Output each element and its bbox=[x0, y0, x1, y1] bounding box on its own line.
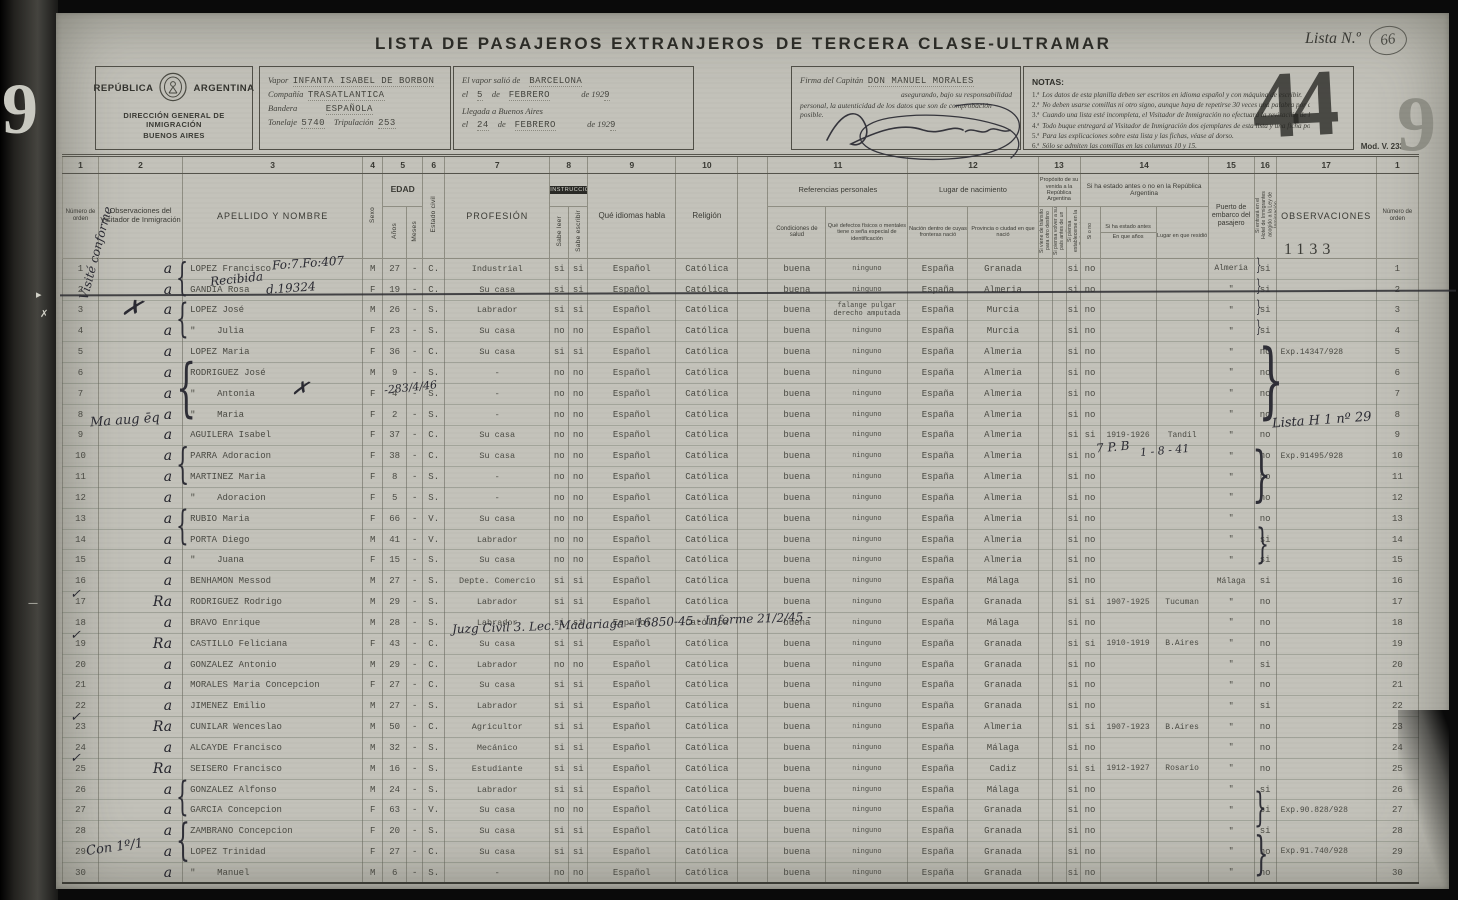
cell-meses: - bbox=[407, 258, 423, 279]
cell-sexo: M bbox=[363, 758, 383, 779]
cell-salud: buena bbox=[768, 696, 826, 717]
passenger-row-13: 13aRUBIO MariaF66-V.Su casanonoEspañolCa… bbox=[63, 508, 1419, 529]
cell-esc: si bbox=[569, 821, 588, 842]
note-number: 3.ª bbox=[1032, 111, 1039, 119]
cell-antes: si bbox=[1080, 592, 1100, 613]
voyage-box: El vapor salió de BARCELONA el 5 de FEBR… bbox=[453, 66, 694, 150]
cell-idioma: Español bbox=[588, 446, 676, 467]
cell-obs bbox=[1276, 862, 1376, 883]
cell-num2: 20 bbox=[1376, 654, 1418, 675]
cell-esc: no bbox=[569, 550, 588, 571]
cell-sp bbox=[738, 654, 768, 675]
col-num: 17 bbox=[1276, 156, 1376, 174]
cell-prov: Murcia bbox=[968, 321, 1038, 342]
cell-anios bbox=[1100, 363, 1156, 384]
cell-p1 bbox=[1038, 821, 1052, 842]
cell-defectos: ninguno bbox=[826, 842, 908, 863]
cell-p3: si bbox=[1066, 550, 1080, 571]
col-num: 8 bbox=[550, 156, 588, 174]
cell-defectos: ninguno bbox=[826, 779, 908, 800]
cell-nacion: España bbox=[908, 550, 968, 571]
cell-lugar bbox=[1156, 488, 1208, 509]
passenger-row-2: 2aGANDIA RosaF19-C.Su casasisiEspañolCat… bbox=[63, 279, 1419, 300]
cell-prov: Granada bbox=[968, 842, 1038, 863]
cell-prof: Su casa bbox=[445, 633, 550, 654]
cell-anios bbox=[1100, 550, 1156, 571]
cell-p1 bbox=[1038, 258, 1052, 279]
cell-vis: a bbox=[99, 862, 183, 883]
cell-lee: si bbox=[550, 342, 569, 363]
lista-number-label: Lista N.º bbox=[1305, 30, 1361, 48]
cell-anos: 2 bbox=[383, 404, 407, 425]
cell-lugar bbox=[1156, 404, 1208, 425]
cell-idioma: Español bbox=[588, 467, 676, 488]
cell-anos: 29 bbox=[383, 592, 407, 613]
passenger-row-23: 23RaCUNILAR WenceslaoM50-C.Agricultorsis… bbox=[63, 717, 1419, 738]
cell-idioma: Español bbox=[588, 862, 676, 883]
col-num: 2 bbox=[99, 156, 183, 174]
passenger-row-29: 29aLOPEZ TrinidadF27-C.Su casasisiEspaño… bbox=[63, 842, 1419, 863]
el-label: el bbox=[462, 89, 468, 99]
cell-religion: Católica bbox=[676, 508, 738, 529]
cell-p1 bbox=[1038, 467, 1052, 488]
cell-defectos: ninguno bbox=[826, 383, 908, 404]
cell-prov: Almeria bbox=[968, 425, 1038, 446]
cell-name: " Antonia bbox=[183, 383, 363, 404]
cell-obs bbox=[1276, 300, 1376, 321]
cell-salud: buena bbox=[768, 758, 826, 779]
cell-sexo: F bbox=[363, 342, 383, 363]
scanned-ledger-photo: 9 LISTA DE PASAJEROS EXTRANJEROS DE TERC… bbox=[0, 0, 1458, 900]
cell-sexo: M bbox=[363, 363, 383, 384]
lista-number-value: 66 bbox=[1367, 23, 1409, 57]
cell-religion: Católica bbox=[676, 612, 738, 633]
cell-puerto: " bbox=[1208, 321, 1254, 342]
cell-antes: no bbox=[1080, 571, 1100, 592]
cell-num2: 8 bbox=[1376, 404, 1418, 425]
cell-anos: 27 bbox=[383, 571, 407, 592]
cell-civil: S. bbox=[423, 300, 445, 321]
cell-meses: - bbox=[407, 821, 423, 842]
cell-defectos: ninguno bbox=[826, 321, 908, 342]
cell-antes: si bbox=[1080, 633, 1100, 654]
cell-religion: Católica bbox=[676, 571, 738, 592]
cell-salud: buena bbox=[768, 258, 826, 279]
cell-antes: no bbox=[1080, 842, 1100, 863]
cell-num2: 27 bbox=[1376, 800, 1418, 821]
cell-puerto: " bbox=[1208, 342, 1254, 363]
cell-idioma: Español bbox=[588, 654, 676, 675]
cell-p2 bbox=[1052, 446, 1066, 467]
cell-vis: a bbox=[99, 300, 183, 321]
col-num: 10 bbox=[676, 156, 738, 174]
cell-prof: Su casa bbox=[445, 675, 550, 696]
cell-lugar bbox=[1156, 529, 1208, 550]
cell-lee: no bbox=[550, 425, 569, 446]
cell-prof: Su casa bbox=[445, 842, 550, 863]
cell-p3: si bbox=[1066, 696, 1080, 717]
cell-puerto: " bbox=[1208, 467, 1254, 488]
cell-salud: buena bbox=[768, 612, 826, 633]
cell-lee: no bbox=[550, 800, 569, 821]
cell-meses: - bbox=[407, 612, 423, 633]
cell-name: CASTILLO Feliciana bbox=[183, 633, 363, 654]
cell-nacion: España bbox=[908, 363, 968, 384]
cell-lugar bbox=[1156, 550, 1208, 571]
cell-name: PARRA Adoracion bbox=[183, 446, 363, 467]
cell-religion: Católica bbox=[676, 300, 738, 321]
cell-puerto: " bbox=[1208, 404, 1254, 425]
cell-vis: a bbox=[99, 675, 183, 696]
cell-prov: Almeria bbox=[968, 383, 1038, 404]
cell-p2 bbox=[1052, 467, 1066, 488]
cell-hotel: no bbox=[1254, 425, 1276, 446]
cell-lugar bbox=[1156, 675, 1208, 696]
cell-nacion: España bbox=[908, 821, 968, 842]
page-number-left: 9 bbox=[2, 68, 38, 151]
cell-antes: no bbox=[1080, 258, 1100, 279]
cell-sp bbox=[738, 488, 768, 509]
cell-antes: no bbox=[1080, 321, 1100, 342]
cell-obs bbox=[1276, 779, 1376, 800]
cell-esc: no bbox=[569, 800, 588, 821]
cell-hotel: si bbox=[1254, 321, 1276, 342]
cell-esc: no bbox=[569, 363, 588, 384]
cell-anos: 66 bbox=[383, 508, 407, 529]
col-header-lugar-nacimiento: Lugar de nacimiento bbox=[908, 174, 1038, 207]
cell-nacion: España bbox=[908, 383, 968, 404]
passenger-row-3: 3aLOPEZ JoséM26-S.LabradorsisiEspañolCat… bbox=[63, 300, 1419, 321]
cell-prof: Industrial bbox=[445, 258, 550, 279]
cell-lee: si bbox=[550, 279, 569, 300]
cell-meses: - bbox=[407, 404, 423, 425]
cell-meses: - bbox=[407, 842, 423, 863]
cell-hotel: si bbox=[1254, 821, 1276, 842]
passenger-row-20: 20aGONZALEZ AntonioM29-C.LabradornonoEsp… bbox=[63, 654, 1419, 675]
cell-religion: Católica bbox=[676, 654, 738, 675]
cell-vis: a bbox=[99, 383, 183, 404]
cell-p2 bbox=[1052, 550, 1066, 571]
cell-num: 26 bbox=[63, 779, 99, 800]
col-header-observaciones-visitador: Observaciones del Visitador de Inmigraci… bbox=[99, 174, 183, 259]
cell-sexo: M bbox=[363, 300, 383, 321]
cell-num2: 22 bbox=[1376, 696, 1418, 717]
cell-salud: buena bbox=[768, 717, 826, 738]
cell-religion: Católica bbox=[676, 800, 738, 821]
passenger-row-1: 1aLOPEZ FranciscoM27-C.IndustrialsisiEsp… bbox=[63, 258, 1419, 279]
passenger-row-5: 5aLOPEZ MariaF36-C.Su casasisiEspañolCat… bbox=[63, 342, 1419, 363]
note-number: 1.ª bbox=[1032, 91, 1039, 99]
cell-obs bbox=[1276, 592, 1376, 613]
arrival-day: 24 bbox=[477, 120, 489, 131]
cell-civil: V. bbox=[423, 529, 445, 550]
cell-hotel: no bbox=[1254, 383, 1276, 404]
cell-prov: Granada bbox=[968, 633, 1038, 654]
cell-name: RUBIO Maria bbox=[183, 508, 363, 529]
cell-vis: Ra bbox=[99, 717, 183, 738]
cell-hotel: si bbox=[1254, 550, 1276, 571]
ship-vapor-label: Vapor bbox=[268, 75, 288, 85]
cell-sexo: M bbox=[363, 717, 383, 738]
cell-antes: no bbox=[1080, 363, 1100, 384]
cell-sexo: M bbox=[363, 862, 383, 883]
cell-vis: a bbox=[99, 321, 183, 342]
cell-civil: C. bbox=[423, 342, 445, 363]
passenger-row-21: 21aMORALES Maria ConcepcionF27-C.Su casa… bbox=[63, 675, 1419, 696]
cell-prov: Murcia bbox=[968, 300, 1038, 321]
cell-salud: buena bbox=[768, 383, 826, 404]
cell-p2 bbox=[1052, 258, 1066, 279]
cell-prov: Granada bbox=[968, 800, 1038, 821]
cell-p3: si bbox=[1066, 633, 1080, 654]
cell-obs bbox=[1276, 821, 1376, 842]
cell-p3: si bbox=[1066, 675, 1080, 696]
cell-num: 15 bbox=[63, 550, 99, 571]
cell-idioma: Español bbox=[588, 550, 676, 571]
col-num: 11 bbox=[768, 156, 908, 174]
cell-puerto: " bbox=[1208, 488, 1254, 509]
cell-defectos: ninguno bbox=[826, 425, 908, 446]
col-header-referencias: Referencias personales bbox=[768, 174, 908, 207]
col-num: 13 bbox=[1038, 156, 1080, 174]
cell-sexo: M bbox=[363, 654, 383, 675]
cell-name: RODRIGUEZ Rodrigo bbox=[183, 592, 363, 613]
cell-p2 bbox=[1052, 654, 1066, 675]
cell-meses: - bbox=[407, 571, 423, 592]
cell-prof: Labrador bbox=[445, 592, 550, 613]
cell-anos: 24 bbox=[383, 779, 407, 800]
cell-hotel: no bbox=[1254, 862, 1276, 883]
cell-prov: Granada bbox=[968, 821, 1038, 842]
cell-lee: si bbox=[550, 842, 569, 863]
cell-esc: no bbox=[569, 467, 588, 488]
col-header-religion: Religión bbox=[676, 174, 738, 259]
cell-lee: si bbox=[550, 592, 569, 613]
cell-name: GANDIA Rosa bbox=[183, 279, 363, 300]
cell-idioma: Español bbox=[588, 842, 676, 863]
cell-sp bbox=[738, 779, 768, 800]
col-header-provincia: Provincia o ciudad en que nació bbox=[968, 207, 1038, 259]
cell-num2: 6 bbox=[1376, 363, 1418, 384]
cell-p1 bbox=[1038, 675, 1052, 696]
cell-salud: buena bbox=[768, 321, 826, 342]
cell-civil: V. bbox=[423, 508, 445, 529]
cell-p1 bbox=[1038, 446, 1052, 467]
cell-anios bbox=[1100, 383, 1156, 404]
cell-num: 30 bbox=[63, 862, 99, 883]
cell-lugar bbox=[1156, 571, 1208, 592]
column-number-row: 1 2 3 4 5 6 7 8 9 10 11 12 13 14 15 16 bbox=[63, 156, 1419, 174]
cell-num2: 7 bbox=[1376, 383, 1418, 404]
col-header-nacion: Nación dentro de cuyas fronteras nació bbox=[908, 207, 968, 259]
cell-nacion: España bbox=[908, 404, 968, 425]
col-num: 5 bbox=[383, 156, 423, 174]
cell-vis: a bbox=[99, 842, 183, 863]
cell-p3: si bbox=[1066, 758, 1080, 779]
cell-religion: Católica bbox=[676, 363, 738, 384]
cell-p3: si bbox=[1066, 446, 1080, 467]
cell-p1 bbox=[1038, 279, 1052, 300]
cell-defectos: ninguno bbox=[826, 737, 908, 758]
cell-anios bbox=[1100, 842, 1156, 863]
col-num: 4 bbox=[363, 156, 383, 174]
cell-name: GONZALEZ Alfonso bbox=[183, 779, 363, 800]
cell-name: " Maria bbox=[183, 404, 363, 425]
cell-antes: no bbox=[1080, 342, 1100, 363]
cell-civil: S. bbox=[423, 612, 445, 633]
col-header-transito: Si viene de tránsito para otro destino bbox=[1038, 207, 1052, 259]
passenger-row-11: 11aMARTINEZ MariaF8-S.-nonoEspañolCatóli… bbox=[63, 467, 1419, 488]
cell-obs: Exp.14347/928 bbox=[1276, 342, 1376, 363]
cell-nacion: España bbox=[908, 321, 968, 342]
cell-defectos: ninguno bbox=[826, 446, 908, 467]
cell-p3: si bbox=[1066, 779, 1080, 800]
passenger-row-15: 15a" JuanaF15-S.Su casanonoEspañolCatóli… bbox=[63, 550, 1419, 571]
cell-religion: Católica bbox=[676, 550, 738, 571]
cell-nacion: España bbox=[908, 612, 968, 633]
cell-lugar bbox=[1156, 800, 1208, 821]
cell-esc: no bbox=[569, 488, 588, 509]
cell-salud: buena bbox=[768, 842, 826, 863]
cell-religion: Católica bbox=[676, 696, 738, 717]
col-header-sabe-escribir: Sabe escribir bbox=[569, 207, 588, 259]
cell-defectos: ninguno bbox=[826, 592, 908, 613]
cell-puerto: " bbox=[1208, 800, 1254, 821]
cell-antes: no bbox=[1080, 529, 1100, 550]
cell-p1 bbox=[1038, 488, 1052, 509]
cell-lugar: B.Aires bbox=[1156, 633, 1208, 654]
cell-num2: 29 bbox=[1376, 842, 1418, 863]
cell-vis: a bbox=[99, 612, 183, 633]
cell-defectos: ninguno bbox=[826, 258, 908, 279]
cell-esc: si bbox=[569, 758, 588, 779]
cell-num: 21 bbox=[63, 675, 99, 696]
cell-obs: Exp.90.828/928 bbox=[1276, 800, 1376, 821]
cell-p1 bbox=[1038, 425, 1052, 446]
cell-p3: si bbox=[1066, 488, 1080, 509]
cell-defectos: ninguno bbox=[826, 467, 908, 488]
cell-anios bbox=[1100, 467, 1156, 488]
cell-salud: buena bbox=[768, 654, 826, 675]
cell-idioma: Español bbox=[588, 612, 676, 633]
cell-hotel: si bbox=[1254, 696, 1276, 717]
col-header-numero-orden-right: Número de orden bbox=[1376, 174, 1418, 259]
col-num: 15 bbox=[1208, 156, 1254, 174]
cell-esc: si bbox=[569, 592, 588, 613]
cell-civil: C. bbox=[423, 654, 445, 675]
cell-sp bbox=[738, 404, 768, 425]
cell-sp bbox=[738, 758, 768, 779]
cell-vis: a bbox=[99, 508, 183, 529]
cell-vis: a bbox=[99, 737, 183, 758]
cell-anos: 27 bbox=[383, 842, 407, 863]
cell-sexo: F bbox=[363, 446, 383, 467]
cell-anios bbox=[1100, 508, 1156, 529]
notes-title: NOTAS: bbox=[1032, 77, 1064, 87]
cell-religion: Católica bbox=[676, 446, 738, 467]
cell-civil: C. bbox=[423, 446, 445, 467]
cell-antes: no bbox=[1080, 654, 1100, 675]
cell-lugar bbox=[1156, 654, 1208, 675]
cell-num: 3 bbox=[63, 300, 99, 321]
cell-lugar bbox=[1156, 363, 1208, 384]
cell-p2 bbox=[1052, 633, 1066, 654]
cell-religion: Católica bbox=[676, 821, 738, 842]
cell-num: 20 bbox=[63, 654, 99, 675]
cell-anos: 29 bbox=[383, 654, 407, 675]
cell-civil: S. bbox=[423, 737, 445, 758]
argentina-seal-icon bbox=[158, 72, 188, 105]
org-name-right: ARGENTINA bbox=[193, 83, 254, 94]
cell-num2: 28 bbox=[1376, 821, 1418, 842]
cell-lugar bbox=[1156, 258, 1208, 279]
cell-num: 25 bbox=[63, 758, 99, 779]
cell-idioma: Español bbox=[588, 508, 676, 529]
cell-prof: Labrador bbox=[445, 654, 550, 675]
cell-num: 5 bbox=[63, 342, 99, 363]
ship-crew-label: Tripulación bbox=[334, 117, 374, 127]
cell-antes: no bbox=[1080, 488, 1100, 509]
de-label-2: de bbox=[498, 119, 506, 129]
cell-puerto: " bbox=[1208, 425, 1254, 446]
col-header-condiciones-salud: Condiciones de salud bbox=[768, 207, 826, 259]
cell-name: MORALES Maria Concepcion bbox=[183, 675, 363, 696]
passenger-row-8: 8a" MariaF2-S.-nonoEspañolCatólicabuenan… bbox=[63, 404, 1419, 425]
cell-p1 bbox=[1038, 633, 1052, 654]
cell-prof: Su casa bbox=[445, 342, 550, 363]
cell-obs bbox=[1276, 675, 1376, 696]
cell-p3: si bbox=[1066, 383, 1080, 404]
cell-p2 bbox=[1052, 321, 1066, 342]
captain-attestation-line-1: asegurando, bajo su responsabilidad bbox=[800, 90, 1012, 99]
cell-anios bbox=[1100, 279, 1156, 300]
cell-anos: 38 bbox=[383, 446, 407, 467]
cell-p2 bbox=[1052, 508, 1066, 529]
cell-prov: Almeria bbox=[968, 550, 1038, 571]
cell-obs bbox=[1276, 508, 1376, 529]
cell-num: 27 bbox=[63, 800, 99, 821]
cell-religion: Católica bbox=[676, 383, 738, 404]
cell-defectos: ninguno bbox=[826, 571, 908, 592]
cell-defectos: ninguno bbox=[826, 800, 908, 821]
cell-sexo: F bbox=[363, 425, 383, 446]
cell-sp bbox=[738, 612, 768, 633]
ship-vapor-value: INFANTA ISABEL DE BORBON bbox=[293, 76, 435, 87]
cell-p1 bbox=[1038, 404, 1052, 425]
cell-prof: - bbox=[445, 488, 550, 509]
cell-esc: si bbox=[569, 779, 588, 800]
cell-vis: a bbox=[99, 800, 183, 821]
cell-esc: no bbox=[569, 446, 588, 467]
cell-num: 11 bbox=[63, 467, 99, 488]
cell-p2 bbox=[1052, 675, 1066, 696]
cell-anios bbox=[1100, 675, 1156, 696]
cell-religion: Católica bbox=[676, 529, 738, 550]
cell-sexo: M bbox=[363, 779, 383, 800]
cell-num: 4 bbox=[63, 321, 99, 342]
col-header-establecerse: Si piensa establecerse en la R. Argentin… bbox=[1066, 207, 1080, 259]
cell-obs bbox=[1276, 529, 1376, 550]
cell-sexo: F bbox=[363, 404, 383, 425]
cell-defectos: falange pulgar derecho amputada bbox=[826, 300, 908, 321]
cell-nacion: España bbox=[908, 529, 968, 550]
cell-p2 bbox=[1052, 300, 1066, 321]
cell-num: 24 bbox=[63, 737, 99, 758]
cell-defectos: ninguno bbox=[826, 612, 908, 633]
cell-num: 28 bbox=[63, 821, 99, 842]
cell-nacion: España bbox=[908, 300, 968, 321]
cell-nacion: España bbox=[908, 800, 968, 821]
